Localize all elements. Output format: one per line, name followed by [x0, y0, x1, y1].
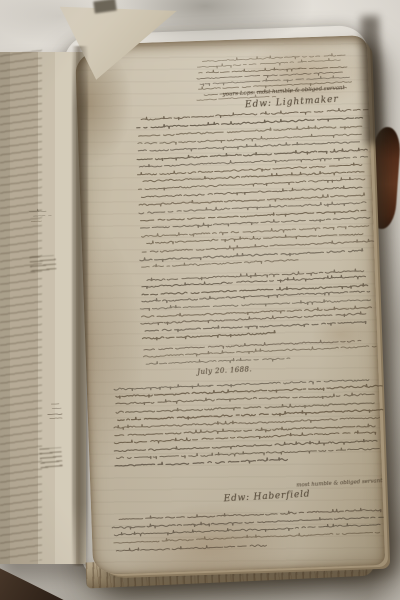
margin-note	[29, 255, 56, 273]
margin-note	[39, 447, 62, 468]
photo-scene: yours Lops: most humble & obliged servan…	[0, 0, 400, 600]
left-page-handwriting-texture	[0, 48, 42, 564]
manuscript-page: yours Lops: most humble & obliged servan…	[75, 35, 385, 575]
book-gutter-crease	[72, 46, 88, 566]
